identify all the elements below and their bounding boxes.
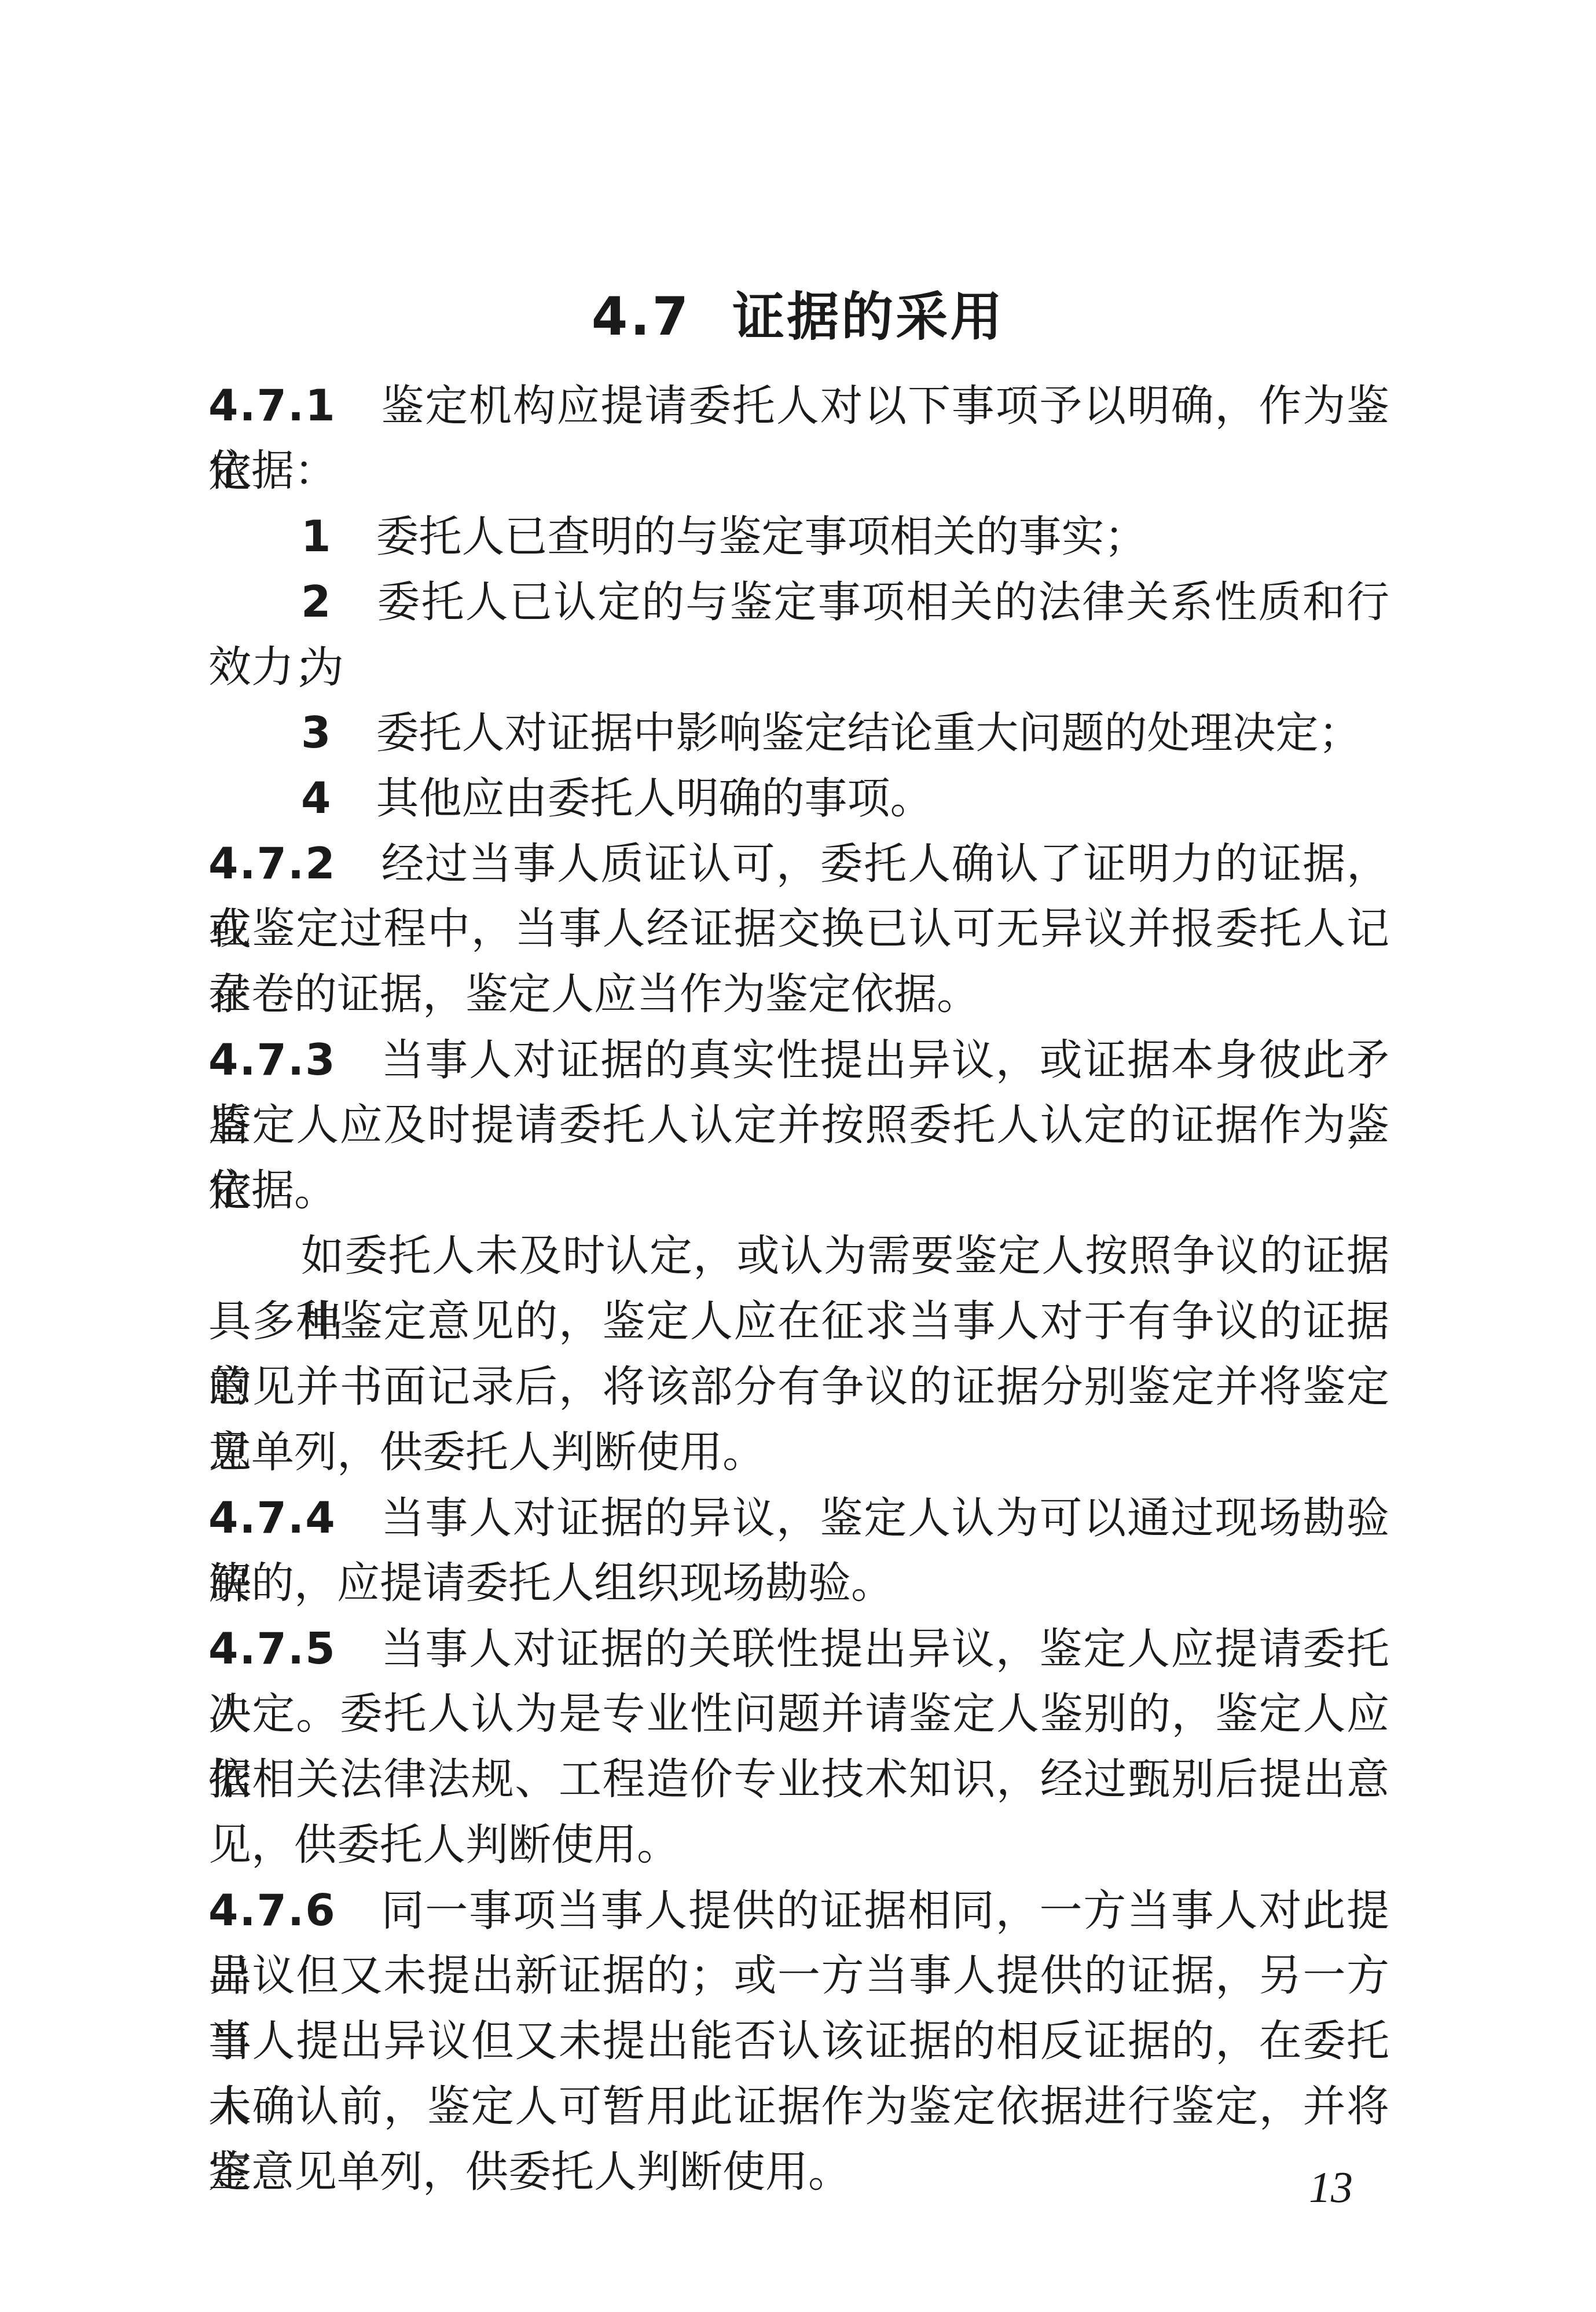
line-text: 定意见单列，供委托人判断使用。 [208, 2149, 851, 2196]
section-number: 4.7 [592, 287, 691, 347]
line-text: 其他应由委托人明确的事项。 [376, 775, 933, 823]
text-line: 依据： [208, 439, 1389, 504]
clause-number: 4.7.1 [208, 381, 336, 431]
clause-number: 4.7.2 [208, 839, 336, 889]
section-title: 证据的采用 [732, 287, 1004, 347]
text-line: 4其他应由委托人明确的事项。 [208, 766, 1389, 831]
line-text: 委托人对证据中影响鉴定结论重大问题的处理决定； [376, 710, 1362, 757]
line-text: 见单列，供委托人判断使用。 [208, 1429, 765, 1476]
text-line: 在卷的证据，鉴定人应当作为鉴定依据。 [208, 962, 1389, 1028]
text-line: 4.7.2经过当事人质证认可，委托人确认了证明力的证据，或 [208, 831, 1389, 897]
text-line: 意见并书面记录后，将该部分有争议的证据分别鉴定并将鉴定意 [208, 1355, 1389, 1420]
section-heading: 4.7证据的采用 [0, 285, 1596, 350]
text-line: 2委托人已认定的与鉴定事项相关的法律关系性质和行为 [208, 570, 1389, 635]
document-body: 4.7.1鉴定机构应提请委托人对以下事项予以明确，作为鉴定依据：1委托人已查明的… [208, 373, 1389, 2205]
item-number: 4 [301, 774, 332, 823]
text-line: 如委托人未及时认定，或认为需要鉴定人按照争议的证据出 [208, 1224, 1389, 1289]
text-line: 决的，应提请委托人组织现场勘验。 [208, 1551, 1389, 1617]
clause-number: 4.7.6 [208, 1886, 336, 1936]
text-line: 效力； [208, 635, 1389, 701]
clause-number: 4.7.4 [208, 1493, 336, 1543]
page-number: 13 [1309, 2164, 1353, 2211]
line-text: 效力； [208, 644, 337, 691]
text-line: 4.7.1鉴定机构应提请委托人对以下事项予以明确，作为鉴定 [208, 373, 1389, 439]
line-text: 在卷的证据，鉴定人应当作为鉴定依据。 [208, 971, 979, 1018]
text-line: 4.7.3当事人对证据的真实性提出异议，或证据本身彼此矛盾， [208, 1028, 1389, 1093]
text-line: 3委托人对证据中影响鉴定结论重大问题的处理决定； [208, 701, 1389, 766]
clause-number: 4.7.5 [208, 1624, 336, 1674]
text-line: 异议但又未提出新证据的；或一方当事人提供的证据，另一方当 [208, 1944, 1389, 2009]
item-number: 3 [301, 708, 332, 758]
text-line: 依据。 [208, 1159, 1389, 1224]
text-line: 在鉴定过程中，当事人经证据交换已认可无异议并报委托人记录 [208, 897, 1389, 962]
clause-number: 4.7.3 [208, 1035, 336, 1085]
text-line: 见，供委托人判断使用。 [208, 1813, 1389, 1878]
line-text: 依据。 [208, 1167, 337, 1215]
item-number: 2 [301, 577, 332, 627]
text-line: 1委托人已查明的与鉴定事项相关的事实； [208, 504, 1389, 570]
text-line: 据相关法律法规、工程造价专业技术知识，经过甄别后提出意 [208, 1747, 1389, 1813]
line-text: 据相关法律法规、工程造价专业技术知识，经过甄别后提出意 [208, 1756, 1389, 1804]
document-page: 4.7证据的采用 4.7.1鉴定机构应提请委托人对以下事项予以明确，作为鉴定依据… [0, 0, 1596, 2312]
text-line: 4.7.4当事人对证据的异议，鉴定人认为可以通过现场勘验解 [208, 1486, 1389, 1551]
text-line: 决定。委托人认为是专业性问题并请鉴定人鉴别的，鉴定人应依 [208, 1682, 1389, 1747]
text-line: 鉴定人应及时提请委托人认定并按照委托人认定的证据作为鉴定 [208, 1093, 1389, 1159]
text-line: 见单列，供委托人判断使用。 [208, 1420, 1389, 1486]
line-text: 委托人已查明的与鉴定事项相关的事实； [376, 514, 1147, 561]
text-line: 定意见单列，供委托人判断使用。 [208, 2140, 1389, 2205]
line-text: 见，供委托人判断使用。 [208, 1822, 680, 1869]
text-line: 4.7.6同一事项当事人提供的证据相同，一方当事人对此提出 [208, 1878, 1389, 1944]
text-line: 未确认前，鉴定人可暂用此证据作为鉴定依据进行鉴定，并将鉴 [208, 2075, 1389, 2140]
text-line: 事人提出异议但又未提出能否认该证据的相反证据的，在委托人 [208, 2009, 1389, 2075]
text-line: 4.7.5当事人对证据的关联性提出异议，鉴定人应提请委托人 [208, 1617, 1389, 1682]
line-text: 依据： [208, 448, 337, 495]
line-text: 决的，应提请委托人组织现场勘验。 [208, 1560, 894, 1607]
text-line: 具多种鉴定意见的，鉴定人应在征求当事人对于有争议的证据的 [208, 1289, 1389, 1355]
item-number: 1 [301, 512, 332, 562]
